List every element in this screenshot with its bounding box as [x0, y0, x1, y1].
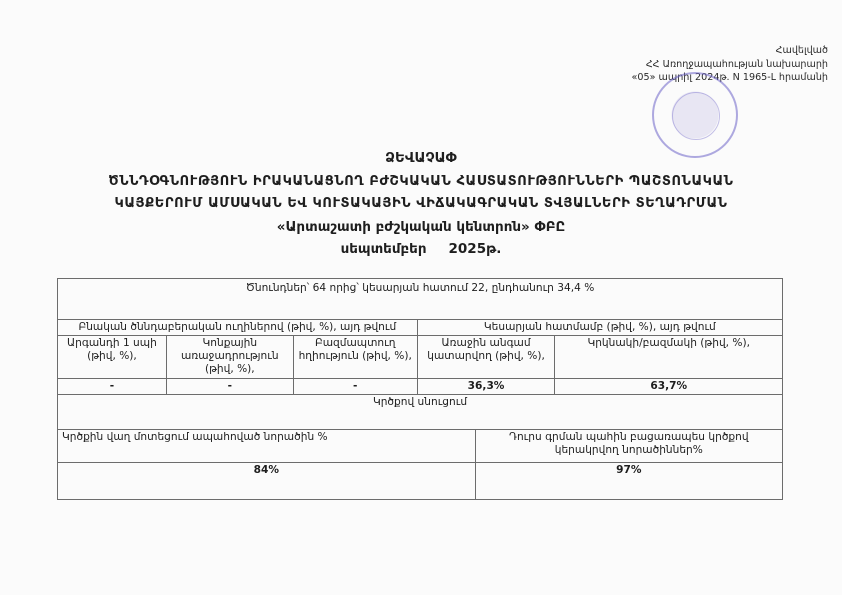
natural-birth-group-header: Բնական ծննդաբերական ուղիներով (թիվ, %), … [58, 320, 418, 336]
indicator-value-row: 84% 97% [58, 463, 783, 500]
breastfeeding-section-row: Կրծքով սնուցում [58, 395, 783, 430]
indicator-header-row: Կրծքին վաղ մոտեցում ապահոված նորածին % Դ… [58, 430, 783, 463]
header-first-cesarean: Առաջին անգամ կատարվող (թիվ, %), [417, 336, 555, 379]
header-breech: Կոնքային առաջադրություն (թիվ, %), [166, 336, 293, 379]
value-uterine-scar: - [58, 379, 167, 395]
form-title: ՁԵՎԱՉԱՓ [0, 150, 842, 166]
document-heading-line-1: ԾՆՆԴՕԳՆՈՒԹՅՈՒՆ ԻՐԱԿԱՆԱՑՆՈՂ ԲԺՇԿԱԿԱՆ ՀԱՍՏ… [0, 174, 842, 189]
births-summary-row: Ծնունդներ՝ 64 որից՝ կեսարյան հատում 22, … [58, 279, 783, 320]
approval-line-2: ՀՀ Առողջապահության նախարարի [632, 58, 828, 72]
approval-line-1: Հավելված [632, 44, 828, 58]
value-breech: - [166, 379, 293, 395]
approval-note: Հավելված ՀՀ Առողջապահության նախարարի «05… [632, 44, 828, 85]
value-multiple-pregnancy: - [293, 379, 417, 395]
breastfeeding-section-title: Կրծքով սնուցում [58, 395, 783, 430]
group-header-row: Բնական ծննդաբերական ուղիներով (թիվ, %), … [58, 320, 783, 336]
sub-header-row: Արգանդի 1 սպի (թիվ, %), Կոնքային առաջադր… [58, 336, 783, 379]
report-year: 2025թ. [449, 241, 502, 257]
value-first-cesarean: 36,3% [417, 379, 555, 395]
values-row: - - - 36,3% 63,7% [58, 379, 783, 395]
early-breastfeeding-value: 84% [58, 463, 476, 500]
header-uterine-scar: Արգանդի 1 սպի (թիվ, %), [58, 336, 167, 379]
official-stamp-icon [652, 72, 738, 158]
statistics-table: Ծնունդներ՝ 64 որից՝ կեսարյան հատում 22, … [57, 278, 783, 500]
approval-line-3: «05» ապրիլ 2024թ. N 1965-Լ հրամանի [632, 71, 828, 85]
cesarean-group-header: Կեսարյան հատմամբ (թիվ, %), այդ թվում [417, 320, 782, 336]
header-repeat-cesarean: Կրկնակի/բազմակի (թիվ, %), [555, 336, 783, 379]
header-multiple-pregnancy: Բազմապտուղ հղիություն (թիվ, %), [293, 336, 417, 379]
report-period: սեպտեմբեր2025թ. [0, 241, 842, 257]
document-heading-line-2: ԿԱՅՔԵՐՈՒՄ ԱՄՍԱԿԱՆ ԵՎ ԿՈՒՏԱԿԱՅԻՆ ՎԻՃԱԿԱԳՐ… [0, 196, 842, 211]
births-summary: Ծնունդներ՝ 64 որից՝ կեսարյան հատում 22, … [58, 279, 783, 320]
exclusive-breastfeeding-label: Դուրս գրման պահին բացառապես կրծքով կերակ… [475, 430, 782, 463]
value-repeat-cesarean: 63,7% [555, 379, 783, 395]
report-month: սեպտեմբեր [341, 241, 427, 257]
exclusive-breastfeeding-value: 97% [475, 463, 782, 500]
organization-name: «Արտաշատի բժշկական կենտրոն» ՓԲԸ [0, 219, 842, 235]
early-breastfeeding-label: Կրծքին վաղ մոտեցում ապահոված նորածին % [58, 430, 476, 463]
